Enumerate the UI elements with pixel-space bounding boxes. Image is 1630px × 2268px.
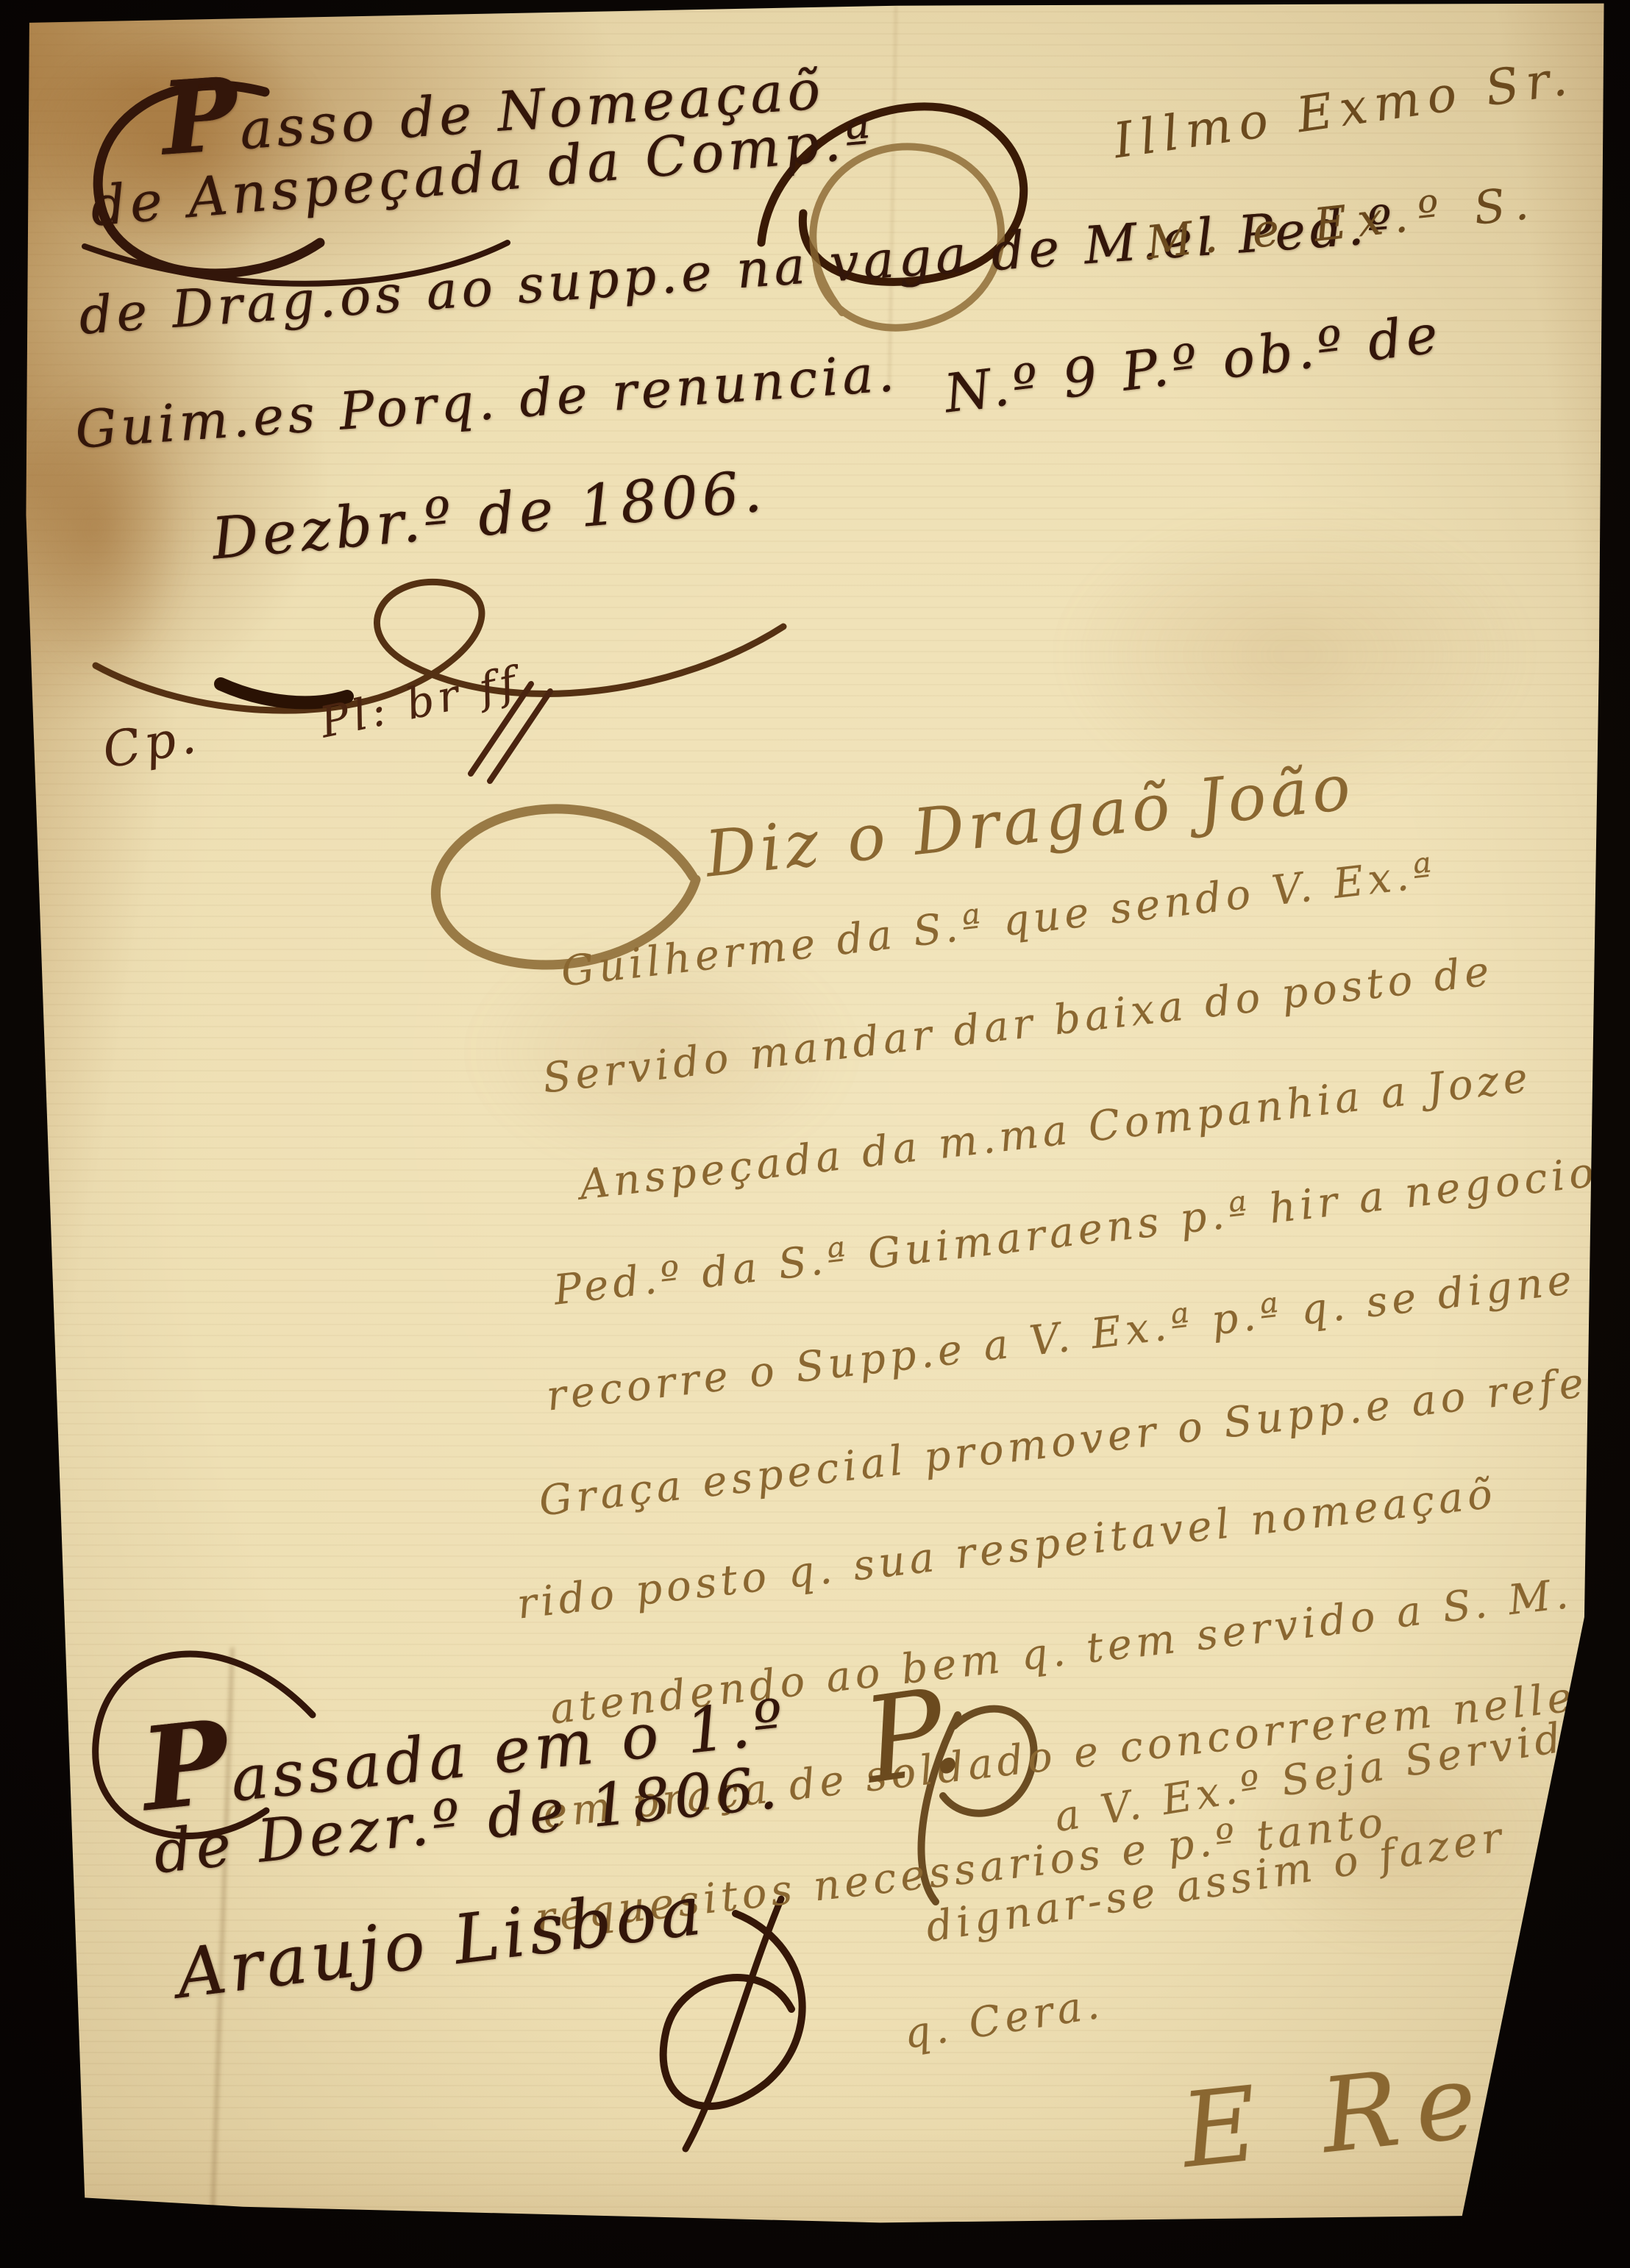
petition-initial: P. [857,1670,974,1801]
fold-crease-top-center [888,6,897,388]
registry-mark-1: Cp. [99,711,203,776]
title-line-4: Guim.es Porq. de renuncia. [74,347,900,456]
body-opening: Diz o Dragaõ João [702,755,1357,886]
signature: Araujo Lisboa [173,1877,708,2008]
photo-background: Passo de Nomeaçaõ de Anspeçada da Comp.ª… [0,0,1630,2268]
petition-line-3: q. Cera. [901,1983,1106,2055]
monogram-erm: E Re M. [1177,2026,1630,2184]
filing-note: N.º 9 P.º ob.º de [942,307,1445,420]
addressee-line-1: Illmo Exmo Sr. [1111,53,1577,165]
manuscript-paper: Passo de Nomeaçaõ de Anspeçada da Comp.ª… [0,0,1630,2268]
title-line-5: Dezbr.º de 1806. [210,463,768,568]
registry-mark-2: Pl: br ff [316,660,524,744]
